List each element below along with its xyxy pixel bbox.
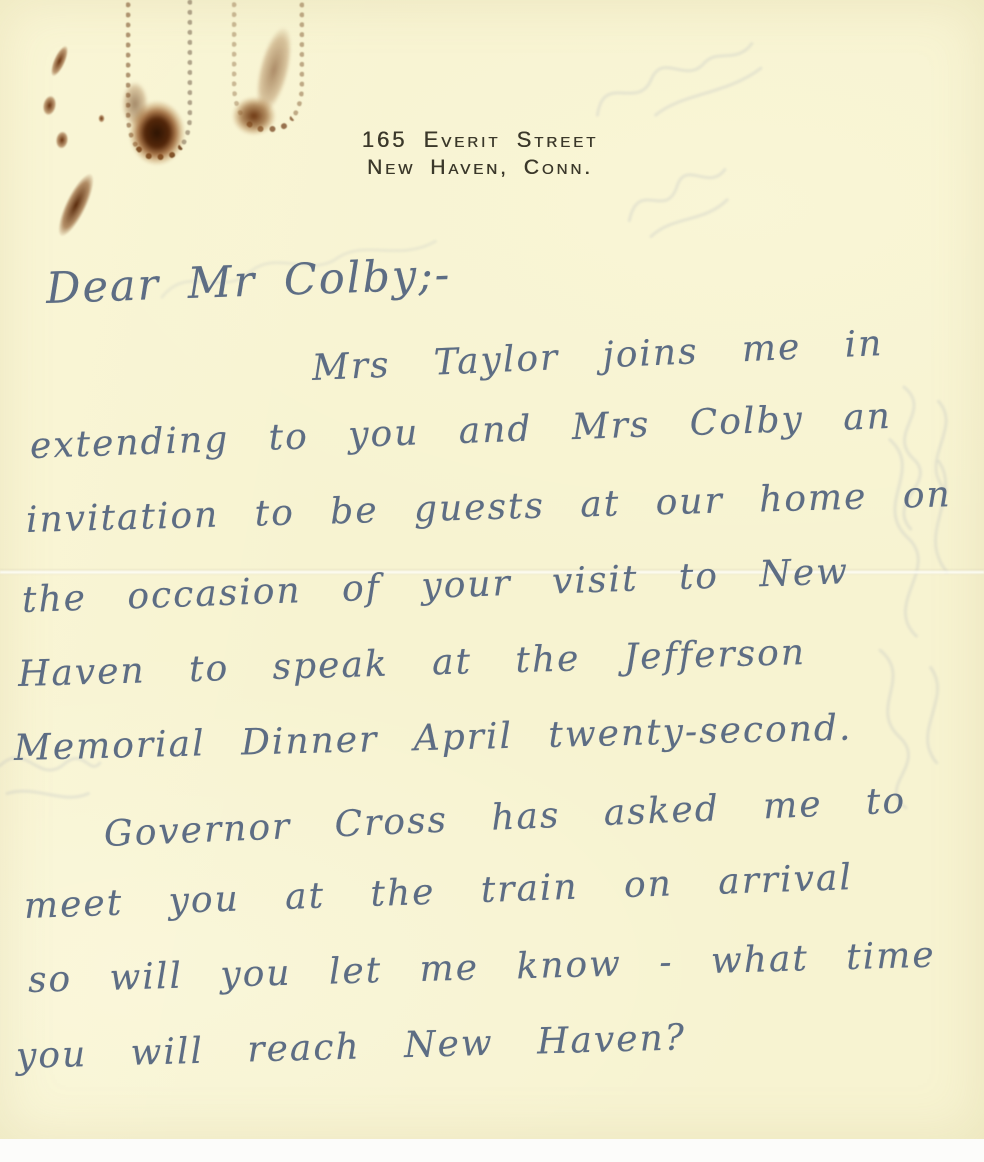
body-line-9: so will you let me know - what time <box>27 935 936 1001</box>
paperclip-rust-streak <box>243 13 304 127</box>
body-line-6: Memorial Dinner April twenty-second. <box>13 708 852 769</box>
letterhead-city-state: New Haven, Conn. <box>0 156 972 180</box>
scan-background-strip <box>0 1139 984 1162</box>
body-line-3: invitation to be guests at our home on <box>25 474 952 541</box>
bleedthrough-mark <box>849 426 984 684</box>
rust-stain-arc <box>46 41 73 81</box>
body-line-5: Haven to speak at the Jefferson <box>17 632 806 695</box>
paperclip-rust-blob <box>120 78 150 130</box>
body-line-7: Governor Cross has asked me to <box>103 780 907 855</box>
letterhead-street-address: 165 Everit Street <box>0 127 972 153</box>
letterhead: 165 Everit Street New Haven, Conn. <box>0 127 972 180</box>
rust-stain-speck <box>98 114 105 123</box>
body-line-4: the occasion of your visit to New <box>21 551 849 621</box>
paperclip-rust-mark-2 <box>232 0 304 132</box>
salutation: Dear Mr Colby;- <box>45 250 452 314</box>
letter-paper: 165 Everit Street New Haven, Conn. Dear … <box>0 0 984 1140</box>
rust-stain-dot-1 <box>40 93 59 119</box>
body-line-2: extending to you and Mrs Colby an <box>29 396 892 467</box>
body-line-1: Mrs Taylor joins me in <box>311 323 884 389</box>
scanned-letter: 165 Everit Street New Haven, Conn. Dear … <box>0 0 984 1162</box>
body-line-10: you will reach New Haven? <box>15 1017 686 1077</box>
body-line-8: meet you at the train on arrival <box>23 857 853 927</box>
